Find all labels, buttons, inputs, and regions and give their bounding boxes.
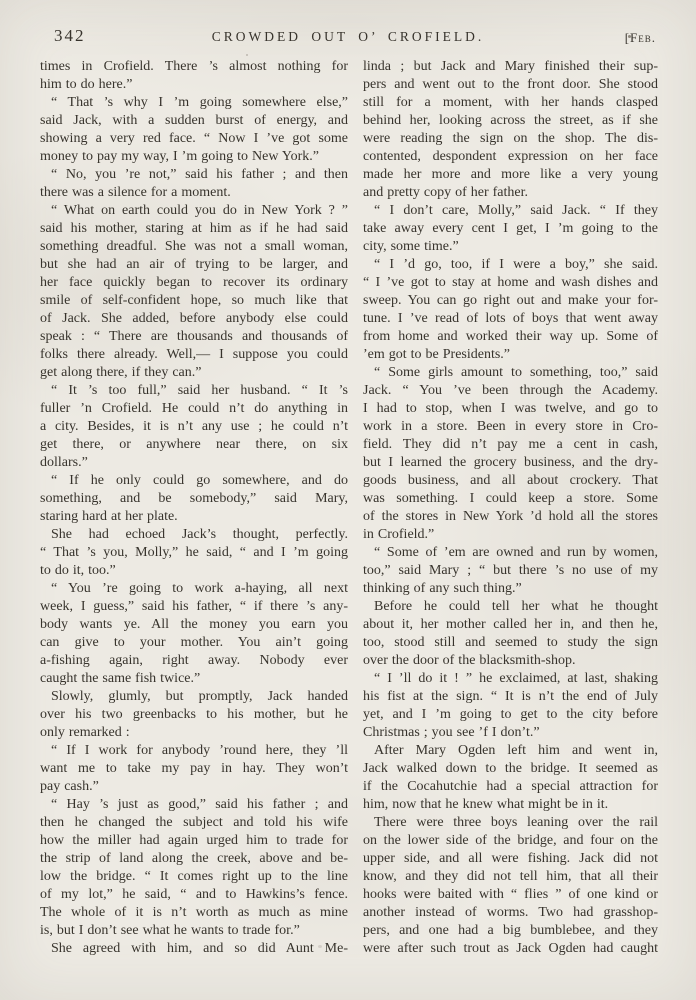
text-line: on the lower side of the bridge, and fou…: [363, 832, 658, 850]
text-line: too, stood still and seemed to study the…: [363, 634, 658, 652]
text-line: “ That ’s why I ’m going somewhere else,…: [40, 94, 348, 112]
text-line: but I learned the grocery business, and …: [363, 454, 658, 472]
text-line: “ If I work for anybody ’round here, the…: [40, 742, 348, 760]
text-line: but she had an air of trying to be large…: [40, 256, 348, 274]
scan-speck: [628, 35, 631, 38]
text-line: take away every cent I get, I ’m going t…: [363, 220, 658, 238]
text-line: over his two greenbacks to his mother, b…: [40, 706, 348, 724]
text-line: pers, and one had a big bumblebee, and t…: [363, 922, 658, 940]
paragraph: She agreed with him, and so did Aunt Me-: [40, 940, 348, 958]
text-line: “ No, you ’re not,” said his father ; an…: [40, 166, 348, 184]
text-line: fuller ’n Crofield. He could n’t do anyt…: [40, 400, 348, 418]
paragraph: There were three boys leaning over the r…: [363, 814, 658, 958]
paragraph: Slowly, glumly, but promptly, Jack hande…: [40, 688, 348, 742]
text-line: city, some time.”: [363, 238, 658, 256]
text-line: dollars.”: [40, 454, 348, 472]
paragraph: Before he could tell her what he thought…: [363, 598, 658, 670]
text-line: his fist at the sign. “ It is n’t the en…: [363, 688, 658, 706]
text-line: is, but I don’t see what he wants to tra…: [40, 922, 348, 940]
text-line: I had to stop, when I was twelve, and go…: [363, 400, 658, 418]
paragraph: “ Some girls amount to something, too,” …: [363, 364, 658, 544]
text-line: over the door of the blacksmith-shop.: [363, 652, 658, 670]
left-column: times in Crofield. There ’s almost nothi…: [40, 58, 348, 958]
text-line: “ Some girls amount to something, too,” …: [363, 364, 658, 382]
running-title: CROWDED OUT O’ CROFIELD.: [0, 29, 696, 45]
text-line: There were three boys leaning over the r…: [363, 814, 658, 832]
paragraph: “ You ’re going to work a-haying, all ne…: [40, 580, 348, 688]
paragraph: “ If he only could go somewhere, and dos…: [40, 472, 348, 526]
paragraph: “ Some of ’em are owned and run by women…: [363, 544, 658, 598]
text-line: She had echoed Jack’s thought, perfectly…: [40, 526, 348, 544]
text-line: was something. I could keep a store. Som…: [363, 490, 658, 508]
text-line: Christmas ; you see ’f I don’t.”: [363, 724, 658, 742]
text-line: a city. Besides, it is n’t any use ; he …: [40, 418, 348, 436]
text-line: linda ; but Jack and Mary finished their…: [363, 58, 658, 76]
text-line: smile of self-confident hope, so much li…: [40, 292, 348, 310]
text-line: folks there already. Well,— I suppose yo…: [40, 346, 348, 364]
text-line: ’em got to be Presidents.”: [363, 346, 658, 364]
text-line: hooks were baited with “ flies ” of one …: [363, 886, 658, 904]
text-line: know, and they did not tell him, that al…: [363, 868, 658, 886]
book-page-scan: 342 CROWDED OUT O’ CROFIELD. [Feb. times…: [0, 0, 696, 1000]
paragraph: “ That ’s why I ’m going somewhere else,…: [40, 94, 348, 166]
text-line: Before he could tell her what he thought: [363, 598, 658, 616]
text-line: and pretty copy of her father.: [363, 184, 658, 202]
paragraph: “ I ’ll do it ! ” he exclaimed, at last,…: [363, 670, 658, 742]
text-line: thinking of any such thing.”: [363, 580, 658, 598]
paragraph: “ If I work for anybody ’round here, the…: [40, 742, 348, 796]
text-line: “ Hay ’s just as good,” said his father …: [40, 796, 348, 814]
text-line: of my lot,” he said, “ and to Hawkins’s …: [40, 886, 348, 904]
paragraph: “ I ’d go, too, if I were a boy,” she sa…: [363, 256, 658, 364]
text-line: from home and worked their way up. Some …: [363, 328, 658, 346]
text-line: him, now that he knew what might be in i…: [363, 796, 658, 814]
text-line: get along there, if they can.”: [40, 364, 348, 382]
paragraph: She had echoed Jack’s thought, perfectly…: [40, 526, 348, 580]
text-line: caught the same fish twice.”: [40, 670, 348, 688]
text-line: Jack. “ You ’ve been through the Academy…: [363, 382, 658, 400]
text-line: there was a silence for a moment.: [40, 184, 348, 202]
text-line: another instead of worms. Two had grassh…: [363, 904, 658, 922]
text-columns: times in Crofield. There ’s almost nothi…: [40, 58, 658, 958]
text-line: “ I ’d go, too, if I were a boy,” she sa…: [363, 256, 658, 274]
running-header: 342 CROWDED OUT O’ CROFIELD. [Feb.: [0, 26, 696, 50]
text-line: something dreadful. She was not a small …: [40, 238, 348, 256]
text-line: her face quickly began to recover its or…: [40, 274, 348, 292]
text-line: too,” said Mary ; “ but there ’s no use …: [363, 562, 658, 580]
text-line: said his mother, staring at him as if he…: [40, 220, 348, 238]
text-line: of the stores in New York ’d hold all th…: [363, 508, 658, 526]
text-line: contented, despondent expression on her …: [363, 148, 658, 166]
text-line: Slowly, glumly, but promptly, Jack hande…: [40, 688, 348, 706]
scan-speck: [318, 945, 322, 948]
text-line: pay cash.”: [40, 778, 348, 796]
text-line: “ I don’t care, Molly,” said Jack. “ If …: [363, 202, 658, 220]
paragraph: linda ; but Jack and Mary finished their…: [363, 58, 658, 202]
paragraph: “ It ’s too full,” said her husband. “ I…: [40, 382, 348, 472]
text-line: work in a store. Been in every store in …: [363, 418, 658, 436]
paragraph: “ No, you ’re not,” said his father ; an…: [40, 166, 348, 202]
text-line: “ That ’s you, Molly,” he said, “ and I …: [40, 544, 348, 562]
text-line: still for a moment, with her hands clasp…: [363, 94, 658, 112]
text-line: about it, her mother called her in, and …: [363, 616, 658, 634]
paragraph: “ What on earth could you do in New York…: [40, 202, 348, 382]
text-line: times in Crofield. There ’s almost nothi…: [40, 58, 348, 76]
text-line: want me to take my pay in hay. They won’…: [40, 760, 348, 778]
text-line: sweep. You can go right out and make you…: [363, 292, 658, 310]
text-line: yet, and I ’m going to get to the city b…: [363, 706, 658, 724]
text-line: pers and went out to the front door. She…: [363, 76, 658, 94]
issue-date-label: [Feb.: [625, 30, 656, 46]
text-line: said Jack, with a sudden burst of energy…: [40, 112, 348, 130]
text-line: were after such trout as Jack Ogden had …: [363, 940, 658, 958]
text-line: then he changed the subject and told his…: [40, 814, 348, 832]
paragraph: After Mary Ogden left him and went in,Ja…: [363, 742, 658, 814]
text-line: “ I ’ll do it ! ” he exclaimed, at last,…: [363, 670, 658, 688]
text-line: tune. I ’ve read of lots of boys that we…: [363, 310, 658, 328]
text-line: to do it, too.”: [40, 562, 348, 580]
text-line: field. They did n’t pay me a cent in cas…: [363, 436, 658, 454]
text-line: week, I guess,” said his father, “ if th…: [40, 598, 348, 616]
text-line: get there, or anywhere near there, on si…: [40, 436, 348, 454]
text-line: something, and be somebody,” said Mary,: [40, 490, 348, 508]
paragraph: “ Hay ’s just as good,” said his father …: [40, 796, 348, 940]
text-line: only remarked :: [40, 724, 348, 742]
right-column: linda ; but Jack and Mary finished their…: [363, 58, 658, 958]
text-line: him to do here.”: [40, 76, 348, 94]
text-line: a-fishing again, right away. Nobody ever: [40, 652, 348, 670]
text-line: low the bridge. “ It comes right up to t…: [40, 868, 348, 886]
text-line: upper side, and all were fishing. Jack d…: [363, 850, 658, 868]
text-line: Jack walked down to the bridge. It seeme…: [363, 760, 658, 778]
text-line: “ What on earth could you do in New York…: [40, 202, 348, 220]
text-line: the strip of land along the creek, above…: [40, 850, 348, 868]
text-line: showing a very red face. “ Now I ’ve got…: [40, 130, 348, 148]
text-line: were reading the sign on the shop. The d…: [363, 130, 658, 148]
text-line: body wants ye. All the money you earn yo…: [40, 616, 348, 634]
text-line: “ You ’re going to work a-haying, all ne…: [40, 580, 348, 598]
text-line: She agreed with him, and so did Aunt Me-: [40, 940, 348, 958]
text-line: “ Some of ’em are owned and run by women…: [363, 544, 658, 562]
text-line: made her more and more like a very young: [363, 166, 658, 184]
text-line: staring hard at her plate.: [40, 508, 348, 526]
text-line: can give to your mother. You ain’t going: [40, 634, 348, 652]
text-line: in Crofield.”: [363, 526, 658, 544]
text-line: behind her, looking across the street, a…: [363, 112, 658, 130]
text-line: speak : “ There are thousands and thousa…: [40, 328, 348, 346]
text-line: money to pay my way, I ’m going to New Y…: [40, 148, 348, 166]
text-line: of Jack. She added, before anybody else …: [40, 310, 348, 328]
text-line: After Mary Ogden left him and went in,: [363, 742, 658, 760]
text-line: how the miller had again urged him to tr…: [40, 832, 348, 850]
text-line: if the Cocahutchie had a special attract…: [363, 778, 658, 796]
text-line: The whole of it is n’t worth as much as …: [40, 904, 348, 922]
scan-speck: [246, 54, 248, 56]
text-line: goods business, and all about crockery. …: [363, 472, 658, 490]
text-line: “ If he only could go somewhere, and do: [40, 472, 348, 490]
paragraph: times in Crofield. There ’s almost nothi…: [40, 58, 348, 94]
text-line: “ It ’s too full,” said her husband. “ I…: [40, 382, 348, 400]
paragraph: “ I don’t care, Molly,” said Jack. “ If …: [363, 202, 658, 256]
text-line: “ I ’ve got to stay at home and wash dis…: [363, 274, 658, 292]
